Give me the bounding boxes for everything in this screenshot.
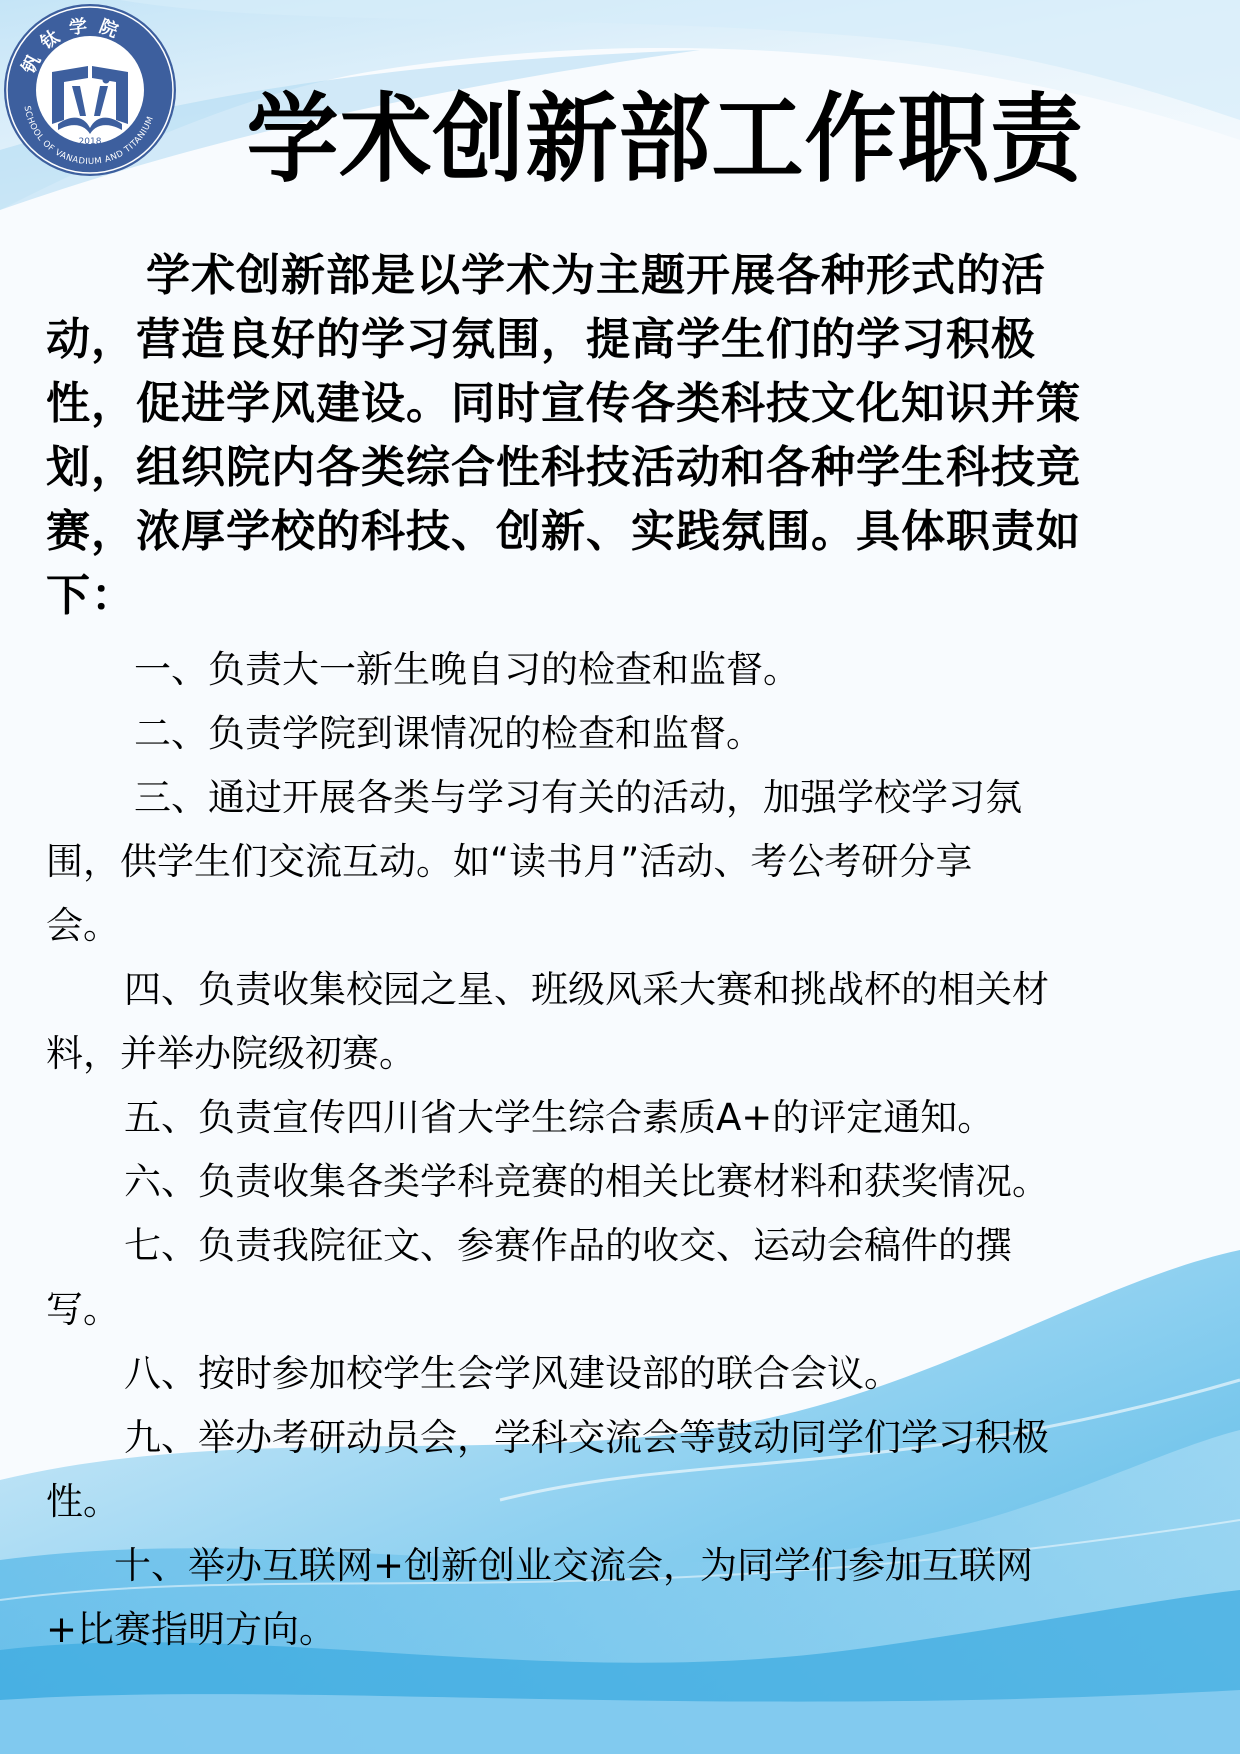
duty-line: 性。 [46,1470,1200,1534]
duty-line: 七、负责我院征文、参赛作品的收交、运动会稿件的撰 [46,1214,1200,1278]
duty-item-2: 二、负责学院到课情况的检查和监督。 [46,702,1200,766]
page-title: 学术创新部工作职责 [0,81,1240,197]
duty-item-1: 一、负责大一新生晚自习的检查和监督。 [46,638,1200,702]
duty-line: 三、通过开展各类与学习有关的活动，加强学校学习氛 [46,766,1200,830]
intro-line: 下： [46,564,1200,628]
duty-line: 围，供学生们交流互动。如“读书月”活动、考公考研分享 [46,830,1200,894]
duty-item-10: 十、举办互联网+创新创业交流会，为同学们参加互联网 +比赛指明方向。 [46,1534,1200,1662]
duty-line: 会。 [46,894,1200,958]
duty-line: 二、负责学院到课情况的检查和监督。 [46,702,1200,766]
duty-line: 料，并举办院级初赛。 [46,1022,1200,1086]
duty-item-8: 八、按时参加校学生会学风建设部的联合会议。 [46,1342,1200,1406]
duty-item-7: 七、负责我院征文、参赛作品的收交、运动会稿件的撰 写。 [46,1214,1200,1342]
intro-paragraph: 学术创新部是以学术为主题开展各种形式的活 动，营造良好的学习氛围，提高学生们的学… [46,244,1200,628]
duty-item-9: 九、举办考研动员会，学科交流会等鼓动同学们学习积极 性。 [46,1406,1200,1534]
duty-item-5: 五、负责宣传四川省大学生综合素质A+的评定通知。 [46,1086,1200,1150]
duty-line: 十、举办互联网+创新创业交流会，为同学们参加互联网 [46,1534,1200,1598]
duty-item-4: 四、负责收集校园之星、班级风采大赛和挑战杯的相关材 料，并举办院级初赛。 [46,958,1200,1086]
intro-line: 赛，浓厚学校的科技、创新、实践氛围。具体职责如 [46,500,1200,564]
duty-item-3: 三、通过开展各类与学习有关的活动，加强学校学习氛 围，供学生们交流互动。如“读书… [46,766,1200,958]
duty-line: 写。 [46,1278,1200,1342]
duty-line: 六、负责收集各类学科竞赛的相关比赛材料和获奖情况。 [46,1150,1200,1214]
duty-line: 五、负责宣传四川省大学生综合素质A+的评定通知。 [46,1086,1200,1150]
duties-list: 一、负责大一新生晚自习的检查和监督。 二、负责学院到课情况的检查和监督。 三、通… [46,638,1200,1662]
duty-line: +比赛指明方向。 [46,1598,1200,1662]
intro-line: 动，营造良好的学习氛围，提高学生们的学习积极 [46,308,1200,372]
intro-line: 学术创新部是以学术为主题开展各种形式的活 [46,244,1200,308]
duty-line: 一、负责大一新生晚自习的检查和监督。 [46,638,1200,702]
duty-line: 四、负责收集校园之星、班级风采大赛和挑战杯的相关材 [46,958,1200,1022]
duty-item-6: 六、负责收集各类学科竞赛的相关比赛材料和获奖情况。 [46,1150,1200,1214]
document-body: 学术创新部是以学术为主题开展各种形式的活 动，营造良好的学习氛围，提高学生们的学… [46,244,1200,1662]
duty-line: 九、举办考研动员会，学科交流会等鼓动同学们学习积极 [46,1406,1200,1470]
duty-line: 八、按时参加校学生会学风建设部的联合会议。 [46,1342,1200,1406]
intro-line: 划，组织院内各类综合性科技活动和各种学生科技竞 [46,436,1200,500]
intro-line: 性，促进学风建设。同时宣传各类科技文化知识并策 [46,372,1200,436]
